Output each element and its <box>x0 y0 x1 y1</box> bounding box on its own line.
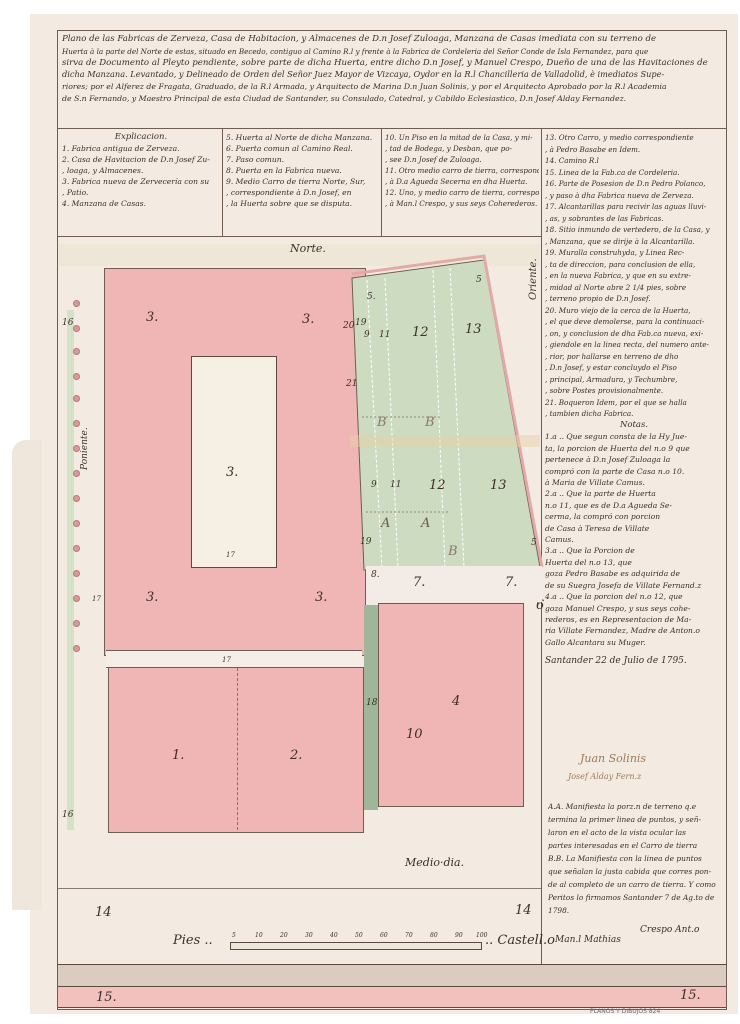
cordeleria-band <box>58 986 726 1008</box>
scale-label-castellanos: .. Castell.o <box>485 933 555 948</box>
scale-tick: 5 <box>232 932 236 939</box>
scale-tick: 60 <box>380 932 388 939</box>
scale-tick: 30 <box>305 932 313 939</box>
label-B: B <box>425 415 435 430</box>
archive-stamp: PLANOS Y DIBUJOS 824 <box>590 1008 660 1015</box>
label-20: 20 <box>343 321 354 331</box>
scale-tick: 50 <box>355 932 363 939</box>
label-9: 9 <box>364 330 370 340</box>
label-11: 11 <box>390 480 401 490</box>
garden-parcel-5 <box>0 0 740 1024</box>
label-5: 5. <box>367 292 376 302</box>
scale-tick: 80 <box>430 932 438 939</box>
label-12: 12 <box>412 325 429 340</box>
label-14: 14 <box>95 905 112 920</box>
label-13: 13 <box>490 478 507 493</box>
label-19: 19 <box>355 318 366 328</box>
scale-bar <box>230 942 482 950</box>
scale-tick: 40 <box>330 932 338 939</box>
compass-south: Medio·dia. <box>405 856 464 869</box>
label-7: 7. <box>505 575 517 590</box>
label-A: A <box>381 516 390 531</box>
label-B: B <box>448 544 458 559</box>
road-band <box>58 964 726 987</box>
label-5: 5 <box>531 538 537 548</box>
label-19: 19 <box>360 537 371 547</box>
road-14-edge <box>58 888 541 889</box>
label-9: 9 <box>371 480 377 490</box>
label-12: 12 <box>429 478 446 493</box>
scale-tick: 20 <box>280 932 288 939</box>
label-7: 7. <box>413 575 425 590</box>
label-21: 21 <box>346 379 357 389</box>
scale-tick: 90 <box>455 932 463 939</box>
label-A: A <box>421 516 430 531</box>
scale-label-pies: Pies .. <box>173 933 213 948</box>
compass-east: Oriente. <box>528 258 539 300</box>
label-13: 13 <box>465 322 482 337</box>
label-8: 8. <box>371 570 380 580</box>
scale-tick: 70 <box>405 932 413 939</box>
label-11: 11 <box>379 330 390 340</box>
scale-tick: 10 <box>255 932 263 939</box>
label-15: 15. <box>96 990 117 1005</box>
label-B: B <box>377 415 387 430</box>
label-14: 14 <box>515 903 532 918</box>
label-15: 15. <box>680 988 701 1003</box>
label-5: 5 <box>476 275 482 285</box>
